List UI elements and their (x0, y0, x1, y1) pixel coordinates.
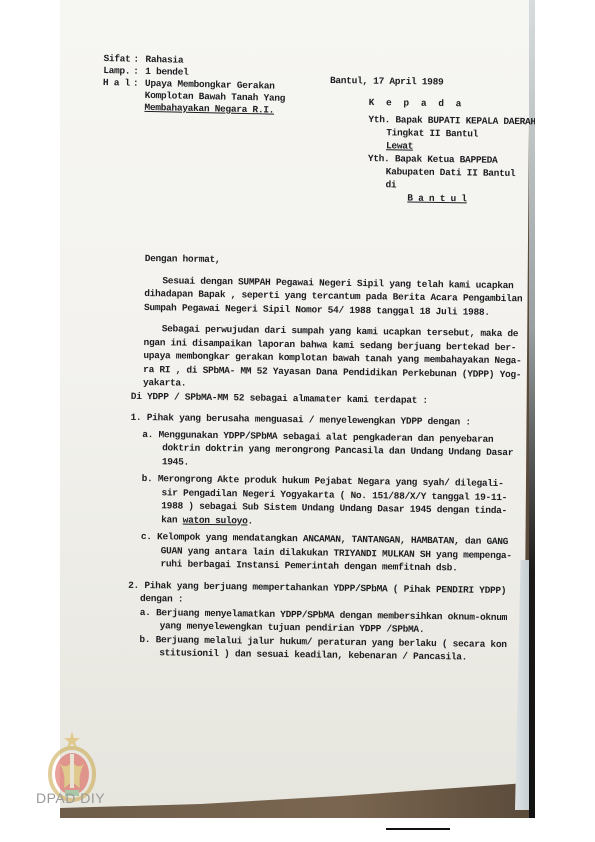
recipients-block: K e p a d a Yth. Bapak BUPATI KEPALA DAE… (367, 96, 535, 206)
meta-colon: : (133, 53, 145, 65)
underlined-phrase: waton suloyo (183, 514, 248, 526)
text-fragment: kan (161, 514, 183, 525)
page-rule (386, 828, 450, 830)
meta-key: Sifat (103, 52, 133, 65)
text-fragment: . (247, 515, 253, 526)
meta-value: Rahasia (145, 53, 183, 66)
meta-key: Lamp. (103, 64, 133, 77)
meta-colon: : (133, 77, 145, 89)
document-photo: Sifat : Rahasia Lamp. : 1 bendel H a l :… (60, 0, 535, 818)
letter-body: Dengan hormat, Sesuai dengan SUMPAH Pega… (139, 252, 525, 665)
recipient-line: di (367, 178, 535, 193)
meta-key: H a l (103, 76, 133, 89)
letter-date: Bantul, 17 April 1989 (330, 74, 444, 89)
watermark-label: DPAD DIY (36, 790, 105, 806)
letter-meta: Sifat : Rahasia Lamp. : 1 bendel H a l :… (102, 52, 286, 116)
meta-colon: : (133, 65, 145, 77)
recipient-heading: K e p a d a (369, 96, 535, 111)
recipient-city: B a n t u l (367, 191, 535, 206)
meta-value: 1 bendel (145, 65, 188, 78)
